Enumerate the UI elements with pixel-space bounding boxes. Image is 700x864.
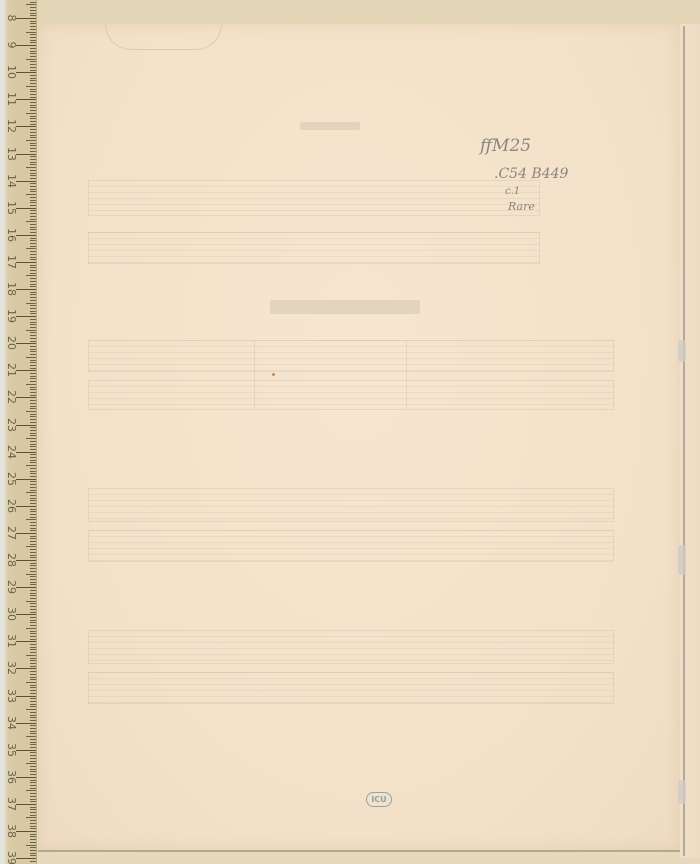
ruler-tick: [30, 625, 36, 626]
ruler-label: 23: [5, 416, 17, 434]
ghost-title: [270, 300, 420, 314]
ruler-tick: [30, 742, 36, 743]
tape-remnant: [678, 545, 686, 575]
ruler-tick: [30, 164, 36, 165]
ruler-tick: [16, 343, 36, 344]
ruler-tick: [30, 419, 36, 420]
ruler-tick: [30, 91, 36, 92]
ruler-tick: [30, 34, 36, 35]
ruler-tick: [30, 205, 36, 206]
ruler-label: 26: [5, 497, 17, 515]
ruler-tick: [30, 118, 36, 119]
ghost-staff-system: [88, 488, 614, 522]
ruler-tick: [30, 94, 36, 95]
ruler-tick: [30, 116, 36, 117]
ruler-tick: [30, 457, 36, 458]
ruler-tick: [30, 842, 36, 843]
ruler-tick: [30, 644, 36, 645]
ruler-tick: [16, 750, 36, 751]
ruler-tick: [30, 815, 36, 816]
ruler-tick: [16, 397, 36, 398]
ruler-tick: [30, 685, 36, 686]
ruler-tick: [30, 785, 36, 786]
ghost-staff-system: [88, 232, 540, 264]
ruler-tick: [30, 500, 36, 501]
ruler-label: 19: [5, 307, 17, 325]
ruler-tick: [30, 509, 36, 510]
ruler-tick: [30, 769, 36, 770]
ruler-tick: [30, 671, 36, 672]
ruler-tick: [30, 232, 36, 233]
ruler-tick: [30, 408, 36, 409]
ruler-label: 37: [5, 795, 17, 813]
ruler-label: 36: [5, 768, 17, 786]
ruler-tick: [26, 59, 36, 60]
ruler-tick: [30, 725, 36, 726]
ruler-tick: [30, 861, 36, 862]
ruler-label: 9: [5, 36, 17, 54]
ruler-tick: [30, 555, 36, 556]
ruler-tick: [30, 322, 36, 323]
ruler-tick: [30, 51, 36, 52]
ruler-label: 22: [5, 388, 17, 406]
ruler-tick: [30, 186, 36, 187]
ruler-tick: [30, 780, 36, 781]
call-number-class: M25: [492, 136, 531, 156]
ruler-tick: [26, 32, 36, 33]
ruler-tick: [30, 243, 36, 244]
ruler-tick: [30, 706, 36, 707]
ruler-tick: [26, 628, 36, 629]
ruler-tick: [26, 357, 36, 358]
ruler-tick: [30, 365, 36, 366]
ruler-tick: [30, 202, 36, 203]
ruler-tick: [30, 395, 36, 396]
ghost-barline: [254, 340, 255, 408]
ruler-tick: [30, 40, 36, 41]
ruler-tick: [30, 490, 36, 491]
ruler-tick: [30, 376, 36, 377]
ruler-tick: [26, 167, 36, 168]
ruler-tick: [30, 67, 36, 68]
ruler-tick: [30, 593, 36, 594]
ruler-tick: [30, 257, 36, 258]
ruler-tick: [26, 194, 36, 195]
ruler-tick: [30, 530, 36, 531]
ruler-tick: [30, 609, 36, 610]
ruler-tick: [30, 503, 36, 504]
ruler-tick: [26, 221, 36, 222]
ruler-tick: [30, 733, 36, 734]
ruler-tick: [30, 853, 36, 854]
ruler-tick: [30, 48, 36, 49]
ruler-tick: [30, 511, 36, 512]
ruler-tick: [30, 78, 36, 79]
ruler-tick: [30, 454, 36, 455]
ruler-tick: [26, 763, 36, 764]
ruler-tick: [30, 758, 36, 759]
ruler-tick: [30, 183, 36, 184]
binding-fold-line: [683, 26, 685, 856]
ghost-staff-system: [88, 380, 614, 410]
ruler-tick: [30, 839, 36, 840]
ruler-tick: [16, 316, 36, 317]
ruler-label: 31: [5, 632, 17, 650]
ruler-tick: [30, 649, 36, 650]
ruler-tick: [30, 430, 36, 431]
ruler-tick: [30, 720, 36, 721]
ghost-staff-system: [88, 672, 614, 704]
ruler-tick: [30, 278, 36, 279]
ruler-tick: [30, 56, 36, 57]
ruler-tick: [30, 620, 36, 621]
ruler-tick: [26, 845, 36, 846]
ruler-tick: [30, 7, 36, 8]
ruler-tick: [30, 595, 36, 596]
ruler-tick: [30, 636, 36, 637]
ruler-tick: [30, 538, 36, 539]
ruler-tick: [16, 696, 36, 697]
ruler-tick: [16, 45, 36, 46]
ruler-tick: [30, 259, 36, 260]
ruler-tick: [30, 13, 36, 14]
ruler-tick: [30, 633, 36, 634]
ruler-tick: [30, 132, 36, 133]
paper-speck: [272, 373, 275, 376]
ruler-tick: [30, 124, 36, 125]
ruler-tick: [30, 351, 36, 352]
ruler-label: 27: [5, 524, 17, 542]
ruler-tick: [26, 736, 36, 737]
ruler-tick: [26, 492, 36, 493]
ruler-tick: [30, 788, 36, 789]
ruler-tick: [30, 449, 36, 450]
ruler-label: 11: [5, 90, 17, 108]
ruler-tick: [30, 406, 36, 407]
ruler-tick: [30, 216, 36, 217]
ruler-tick: [30, 549, 36, 550]
ruler-label: 17: [5, 253, 17, 271]
ruler-tick: [30, 568, 36, 569]
ruler-tick: [30, 75, 36, 76]
ruler-tick: [30, 579, 36, 580]
ruler-tick: [30, 178, 36, 179]
ruler-tick: [26, 275, 36, 276]
ruler-tick: [26, 330, 36, 331]
ruler-tick: [30, 796, 36, 797]
ruler-tick: [30, 687, 36, 688]
ruler-tick: [26, 438, 36, 439]
ruler-tick: [16, 723, 36, 724]
ruler-tick: [26, 682, 36, 683]
ruler-tick: [16, 479, 36, 480]
ruler-label: 16: [5, 226, 17, 244]
ruler-tick: [30, 639, 36, 640]
ruler-tick: [26, 113, 36, 114]
ruler-tick: [16, 18, 36, 19]
ruler-tick: [30, 427, 36, 428]
ruler-tick: [30, 294, 36, 295]
pencil-rare-note: Rare: [508, 200, 535, 213]
ruler-tick: [30, 606, 36, 607]
ruler-tick: [26, 601, 36, 602]
ruler-tick: [30, 246, 36, 247]
ruler-tick: [30, 462, 36, 463]
ruler-tick: [30, 576, 36, 577]
ruler-tick: [30, 97, 36, 98]
ruler-tick: [30, 812, 36, 813]
ruler-tick: [30, 240, 36, 241]
ruler-label: 8: [5, 9, 17, 27]
ruler-tick: [16, 126, 36, 127]
ruler-tick: [16, 858, 36, 859]
ruler-tick: [16, 72, 36, 73]
ruler-label: 33: [5, 687, 17, 705]
pencil-call-number-cutter: .C54 B449: [494, 166, 568, 182]
ruler-tick: [16, 208, 36, 209]
ruler-tick: [16, 506, 36, 507]
ruler-tick: [30, 313, 36, 314]
ruler-tick: [30, 151, 36, 152]
ruler-tick: [30, 850, 36, 851]
ruler-tick: [30, 807, 36, 808]
measuring-ruler: 8910111213141516171819202122232425262728…: [0, 0, 37, 864]
ruler-tick: [26, 519, 36, 520]
ghost-heading: [300, 122, 360, 130]
ruler-tick: [30, 300, 36, 301]
ruler-tick: [30, 346, 36, 347]
ruler-tick: [30, 552, 36, 553]
ruler-tick: [30, 23, 36, 24]
ruler-tick: [30, 373, 36, 374]
ruler-label: 30: [5, 605, 17, 623]
ruler-tick: [30, 617, 36, 618]
ruler-tick: [30, 110, 36, 111]
ruler-tick: [30, 433, 36, 434]
ruler-tick: [16, 831, 36, 832]
ruler-tick: [26, 465, 36, 466]
ruler-label: 14: [5, 172, 17, 190]
ruler-tick: [30, 105, 36, 106]
ruler-tick: [30, 219, 36, 220]
ruler-tick: [26, 4, 36, 5]
ruler-tick: [30, 771, 36, 772]
ruler-tick: [30, 652, 36, 653]
ruler-tick: [30, 487, 36, 488]
ruler-label: 32: [5, 659, 17, 677]
ruler-label: 25: [5, 470, 17, 488]
ruler-tick: [16, 99, 36, 100]
ruler-tick: [30, 311, 36, 312]
ruler-label: 39: [5, 849, 17, 864]
ruler-tick: [16, 641, 36, 642]
ruler-tick: [30, 305, 36, 306]
ruler-tick: [30, 563, 36, 564]
ruler-tick: [30, 715, 36, 716]
ruler-tick: [30, 162, 36, 163]
pencil-call-number-class: ffM25: [480, 136, 531, 156]
ruler-label: 35: [5, 741, 17, 759]
ruler-tick: [30, 70, 36, 71]
ruler-tick: [30, 473, 36, 474]
ruler-tick: [30, 270, 36, 271]
ruler-tick: [30, 739, 36, 740]
ruler-tick: [30, 761, 36, 762]
ruler-label: 21: [5, 361, 17, 379]
ruler-tick: [30, 191, 36, 192]
ruler-tick: [30, 400, 36, 401]
ruler-tick: [26, 140, 36, 141]
ruler-tick: [30, 254, 36, 255]
ruler-tick: [30, 327, 36, 328]
ruler-tick: [16, 181, 36, 182]
ruler-tick: [30, 213, 36, 214]
ruler-tick: [30, 338, 36, 339]
ruler-tick: [26, 574, 36, 575]
ruler-tick: [26, 384, 36, 385]
ruler-tick: [30, 514, 36, 515]
ruler-tick: [26, 411, 36, 412]
ruler-tick: [30, 387, 36, 388]
ruler-tick: [30, 308, 36, 309]
ruler-tick: [30, 145, 36, 146]
ruler-tick: [30, 460, 36, 461]
ruler-tick: [30, 660, 36, 661]
ghost-staff-system: [88, 180, 540, 216]
ruler-tick: [30, 744, 36, 745]
ruler-label: 15: [5, 199, 17, 217]
library-stamp: ICU: [366, 792, 392, 807]
ruler-tick: [30, 170, 36, 171]
ruler-tick: [30, 335, 36, 336]
ruler-tick: [30, 799, 36, 800]
ruler-tick: [30, 137, 36, 138]
ruler-tick: [26, 709, 36, 710]
ruler-tick: [30, 26, 36, 27]
ruler-tick: [16, 425, 36, 426]
ruler-label: 34: [5, 714, 17, 732]
ruler-tick: [30, 565, 36, 566]
ruler-tick: [30, 83, 36, 84]
ruler-tick: [30, 441, 36, 442]
ruler-tick: [16, 560, 36, 561]
ruler-tick: [30, 416, 36, 417]
ruler-tick: [30, 525, 36, 526]
tape-remnant: [678, 340, 686, 362]
ruler-tick: [30, 148, 36, 149]
ruler-tick: [30, 324, 36, 325]
ruler-tick: [30, 612, 36, 613]
ruler-label: 20: [5, 334, 17, 352]
ruler-tick: [30, 693, 36, 694]
ruler-tick: [16, 614, 36, 615]
ruler-tick: [30, 227, 36, 228]
ruler-tick: [30, 698, 36, 699]
ruler-tick: [30, 362, 36, 363]
ruler-tick: [16, 533, 36, 534]
ruler-tick: [26, 303, 36, 304]
ruler-tick: [30, 677, 36, 678]
ruler-tick: [30, 704, 36, 705]
ruler-tick: [30, 826, 36, 827]
ruler-tick: [30, 774, 36, 775]
ghost-staff-system: [88, 530, 614, 562]
ruler-tick: [30, 341, 36, 342]
ruler-tick: [30, 701, 36, 702]
ruler-tick: [30, 403, 36, 404]
ruler-tick: [30, 107, 36, 108]
ruler-tick: [30, 378, 36, 379]
ruler-tick: [30, 690, 36, 691]
ruler-tick: [30, 389, 36, 390]
ruler-tick: [30, 200, 36, 201]
ruler-tick: [30, 801, 36, 802]
ruler-tick: [16, 587, 36, 588]
ruler-tick: [26, 655, 36, 656]
ruler-tick: [30, 10, 36, 11]
ruler-tick: [30, 89, 36, 90]
ruler-tick: [30, 622, 36, 623]
ruler-tick: [30, 658, 36, 659]
ruler-label: 12: [5, 117, 17, 135]
ruler-tick: [26, 817, 36, 818]
ruler-tick: [30, 541, 36, 542]
ruler-tick: [30, 102, 36, 103]
ruler-tick: [30, 121, 36, 122]
ruler-tick: [26, 546, 36, 547]
ruler-tick: [30, 297, 36, 298]
ruler-tick: [30, 349, 36, 350]
ruler-tick: [30, 267, 36, 268]
ruler-tick: [30, 159, 36, 160]
ruler-tick: [30, 37, 36, 38]
ruler-tick: [30, 80, 36, 81]
ruler-tick: [30, 663, 36, 664]
scan-bed-top: [36, 0, 700, 24]
ruler-tick: [26, 248, 36, 249]
ruler-tick: [30, 238, 36, 239]
ruler-tick: [30, 828, 36, 829]
ruler-tick: [26, 790, 36, 791]
ruler-tick: [16, 777, 36, 778]
ruler-tick: [16, 154, 36, 155]
ruler-tick: [30, 809, 36, 810]
ruler-tick: [16, 804, 36, 805]
ruler-tick: [30, 414, 36, 415]
ruler-tick: [30, 135, 36, 136]
ruler-tick: [30, 582, 36, 583]
ruler-tick: [30, 224, 36, 225]
ruler-tick: [30, 229, 36, 230]
ruler-tick: [30, 647, 36, 648]
ruler-label: 29: [5, 578, 17, 596]
ruler-tick: [30, 522, 36, 523]
clip-impression: [105, 24, 222, 50]
ruler-tick: [30, 717, 36, 718]
ruler-tick: [30, 197, 36, 198]
ruler-tick: [30, 679, 36, 680]
tape-remnant: [678, 780, 686, 804]
ruler-tick: [30, 766, 36, 767]
ruler-tick: [30, 747, 36, 748]
ruler-tick: [30, 823, 36, 824]
ruler-tick: [30, 210, 36, 211]
ruler-tick: [30, 381, 36, 382]
ghost-staff-system: [88, 340, 614, 372]
ruler-tick: [30, 368, 36, 369]
ruler-tick: [30, 286, 36, 287]
ruler-tick: [30, 175, 36, 176]
